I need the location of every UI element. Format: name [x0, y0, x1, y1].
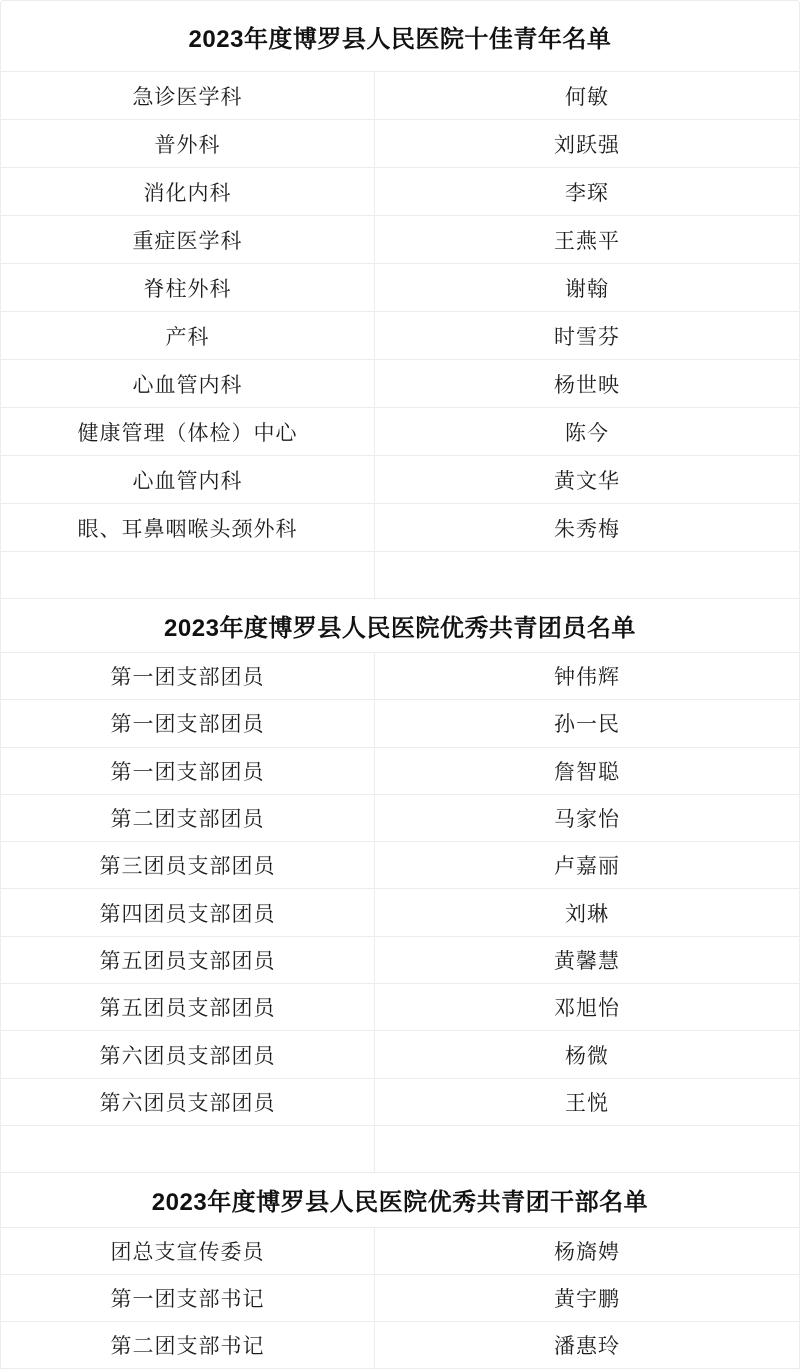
name-cell: 谢翰 [375, 264, 799, 311]
empty-row [1, 1126, 799, 1173]
table-row: 第一团支部团员孙一民 [1, 700, 799, 747]
name-cell: 杨旖娉 [375, 1228, 799, 1274]
dept-cell [1, 1126, 375, 1172]
dept-cell: 眼、耳鼻咽喉头颈外科 [1, 504, 375, 551]
dept-cell: 第一团支部团员 [1, 748, 375, 794]
section-rows: 第一团支部团员钟伟辉第一团支部团员孙一民第一团支部团员詹智聪第二团支部团员马家怡… [1, 653, 799, 1173]
name-cell: 邓旭怡 [375, 984, 799, 1030]
dept-cell: 第二团支部团员 [1, 795, 375, 841]
table-row: 第五团员支部团员黄馨慧 [1, 937, 799, 984]
dept-cell: 第一团支部书记 [1, 1275, 375, 1321]
name-cell: 潘惠玲 [375, 1322, 799, 1368]
dept-cell: 团总支宣传委员 [1, 1228, 375, 1274]
name-cell: 王燕平 [375, 216, 799, 263]
table-row: 第四团员支部团员刘琳 [1, 889, 799, 936]
name-cell: 杨微 [375, 1031, 799, 1077]
dept-cell: 第二团支部书记 [1, 1322, 375, 1368]
dept-cell: 第一团支部团员 [1, 700, 375, 746]
name-cell [375, 552, 799, 598]
empty-row [1, 552, 799, 599]
table-row: 第五团员支部团员邓旭怡 [1, 984, 799, 1031]
table-row: 急诊医学科何敏 [1, 72, 799, 120]
section-title: 2023年度博罗县人民医院优秀共青团干部名单 [1, 1173, 799, 1228]
table-row: 重症医学科王燕平 [1, 216, 799, 264]
name-cell: 黄文华 [375, 456, 799, 503]
table-row: 第二团支部书记潘惠玲 [1, 1322, 799, 1369]
name-cell: 王悦 [375, 1079, 799, 1125]
dept-cell: 第五团员支部团员 [1, 937, 375, 983]
section-excellent-league-members: 2023年度博罗县人民医院优秀共青团员名单 第一团支部团员钟伟辉第一团支部团员孙… [1, 599, 799, 1173]
table-row: 第一团支部团员詹智聪 [1, 748, 799, 795]
name-cell: 孙一民 [375, 700, 799, 746]
table-row: 消化内科李琛 [1, 168, 799, 216]
name-cell: 钟伟辉 [375, 653, 799, 699]
name-cell: 何敏 [375, 72, 799, 119]
dept-cell: 消化内科 [1, 168, 375, 215]
name-cell: 陈今 [375, 408, 799, 455]
table-row: 第二团支部团员马家怡 [1, 795, 799, 842]
section-excellent-league-cadres: 2023年度博罗县人民医院优秀共青团干部名单 团总支宣传委员杨旖娉第一团支部书记… [1, 1173, 799, 1369]
name-cell: 詹智聪 [375, 748, 799, 794]
name-cell: 杨世映 [375, 360, 799, 407]
table-row: 健康管理（体检）中心陈今 [1, 408, 799, 456]
dept-cell: 急诊医学科 [1, 72, 375, 119]
table-row: 产科时雪芬 [1, 312, 799, 360]
dept-cell: 脊柱外科 [1, 264, 375, 311]
dept-cell: 第一团支部团员 [1, 653, 375, 699]
table-row: 第一团支部书记黄宇鹏 [1, 1275, 799, 1322]
table-row: 脊柱外科谢翰 [1, 264, 799, 312]
dept-cell: 健康管理（体检）中心 [1, 408, 375, 455]
name-cell: 朱秀梅 [375, 504, 799, 551]
dept-cell: 心血管内科 [1, 456, 375, 503]
section-title: 2023年度博罗县人民医院十佳青年名单 [1, 1, 799, 72]
table-row: 眼、耳鼻咽喉头颈外科朱秀梅 [1, 504, 799, 552]
dept-cell: 第五团员支部团员 [1, 984, 375, 1030]
table-row: 第一团支部团员钟伟辉 [1, 653, 799, 700]
name-cell: 李琛 [375, 168, 799, 215]
name-cell [375, 1126, 799, 1172]
table-row: 第六团员支部团员王悦 [1, 1079, 799, 1126]
table-row: 第三团员支部团员卢嘉丽 [1, 842, 799, 889]
dept-cell: 第三团员支部团员 [1, 842, 375, 888]
table-row: 心血管内科杨世映 [1, 360, 799, 408]
dept-cell: 重症医学科 [1, 216, 375, 263]
table-row: 第六团员支部团员杨微 [1, 1031, 799, 1078]
name-cell: 马家怡 [375, 795, 799, 841]
dept-cell [1, 552, 375, 598]
award-lists-table: 2023年度博罗县人民医院十佳青年名单 急诊医学科何敏普外科刘跃强消化内科李琛重… [0, 0, 800, 1371]
dept-cell: 普外科 [1, 120, 375, 167]
section-title: 2023年度博罗县人民医院优秀共青团员名单 [1, 599, 799, 653]
table-row: 普外科刘跃强 [1, 120, 799, 168]
section-top-ten-youth: 2023年度博罗县人民医院十佳青年名单 急诊医学科何敏普外科刘跃强消化内科李琛重… [1, 1, 799, 599]
name-cell: 刘琳 [375, 889, 799, 935]
name-cell: 黄馨慧 [375, 937, 799, 983]
name-cell: 时雪芬 [375, 312, 799, 359]
dept-cell: 心血管内科 [1, 360, 375, 407]
dept-cell: 第六团员支部团员 [1, 1031, 375, 1077]
section-rows: 团总支宣传委员杨旖娉第一团支部书记黄宇鹏第二团支部书记潘惠玲 [1, 1228, 799, 1369]
name-cell: 黄宇鹏 [375, 1275, 799, 1321]
dept-cell: 产科 [1, 312, 375, 359]
section-rows: 急诊医学科何敏普外科刘跃强消化内科李琛重症医学科王燕平脊柱外科谢翰产科时雪芬心血… [1, 72, 799, 599]
table-row: 心血管内科黄文华 [1, 456, 799, 504]
dept-cell: 第四团员支部团员 [1, 889, 375, 935]
table-row: 团总支宣传委员杨旖娉 [1, 1228, 799, 1275]
name-cell: 卢嘉丽 [375, 842, 799, 888]
dept-cell: 第六团员支部团员 [1, 1079, 375, 1125]
name-cell: 刘跃强 [375, 120, 799, 167]
